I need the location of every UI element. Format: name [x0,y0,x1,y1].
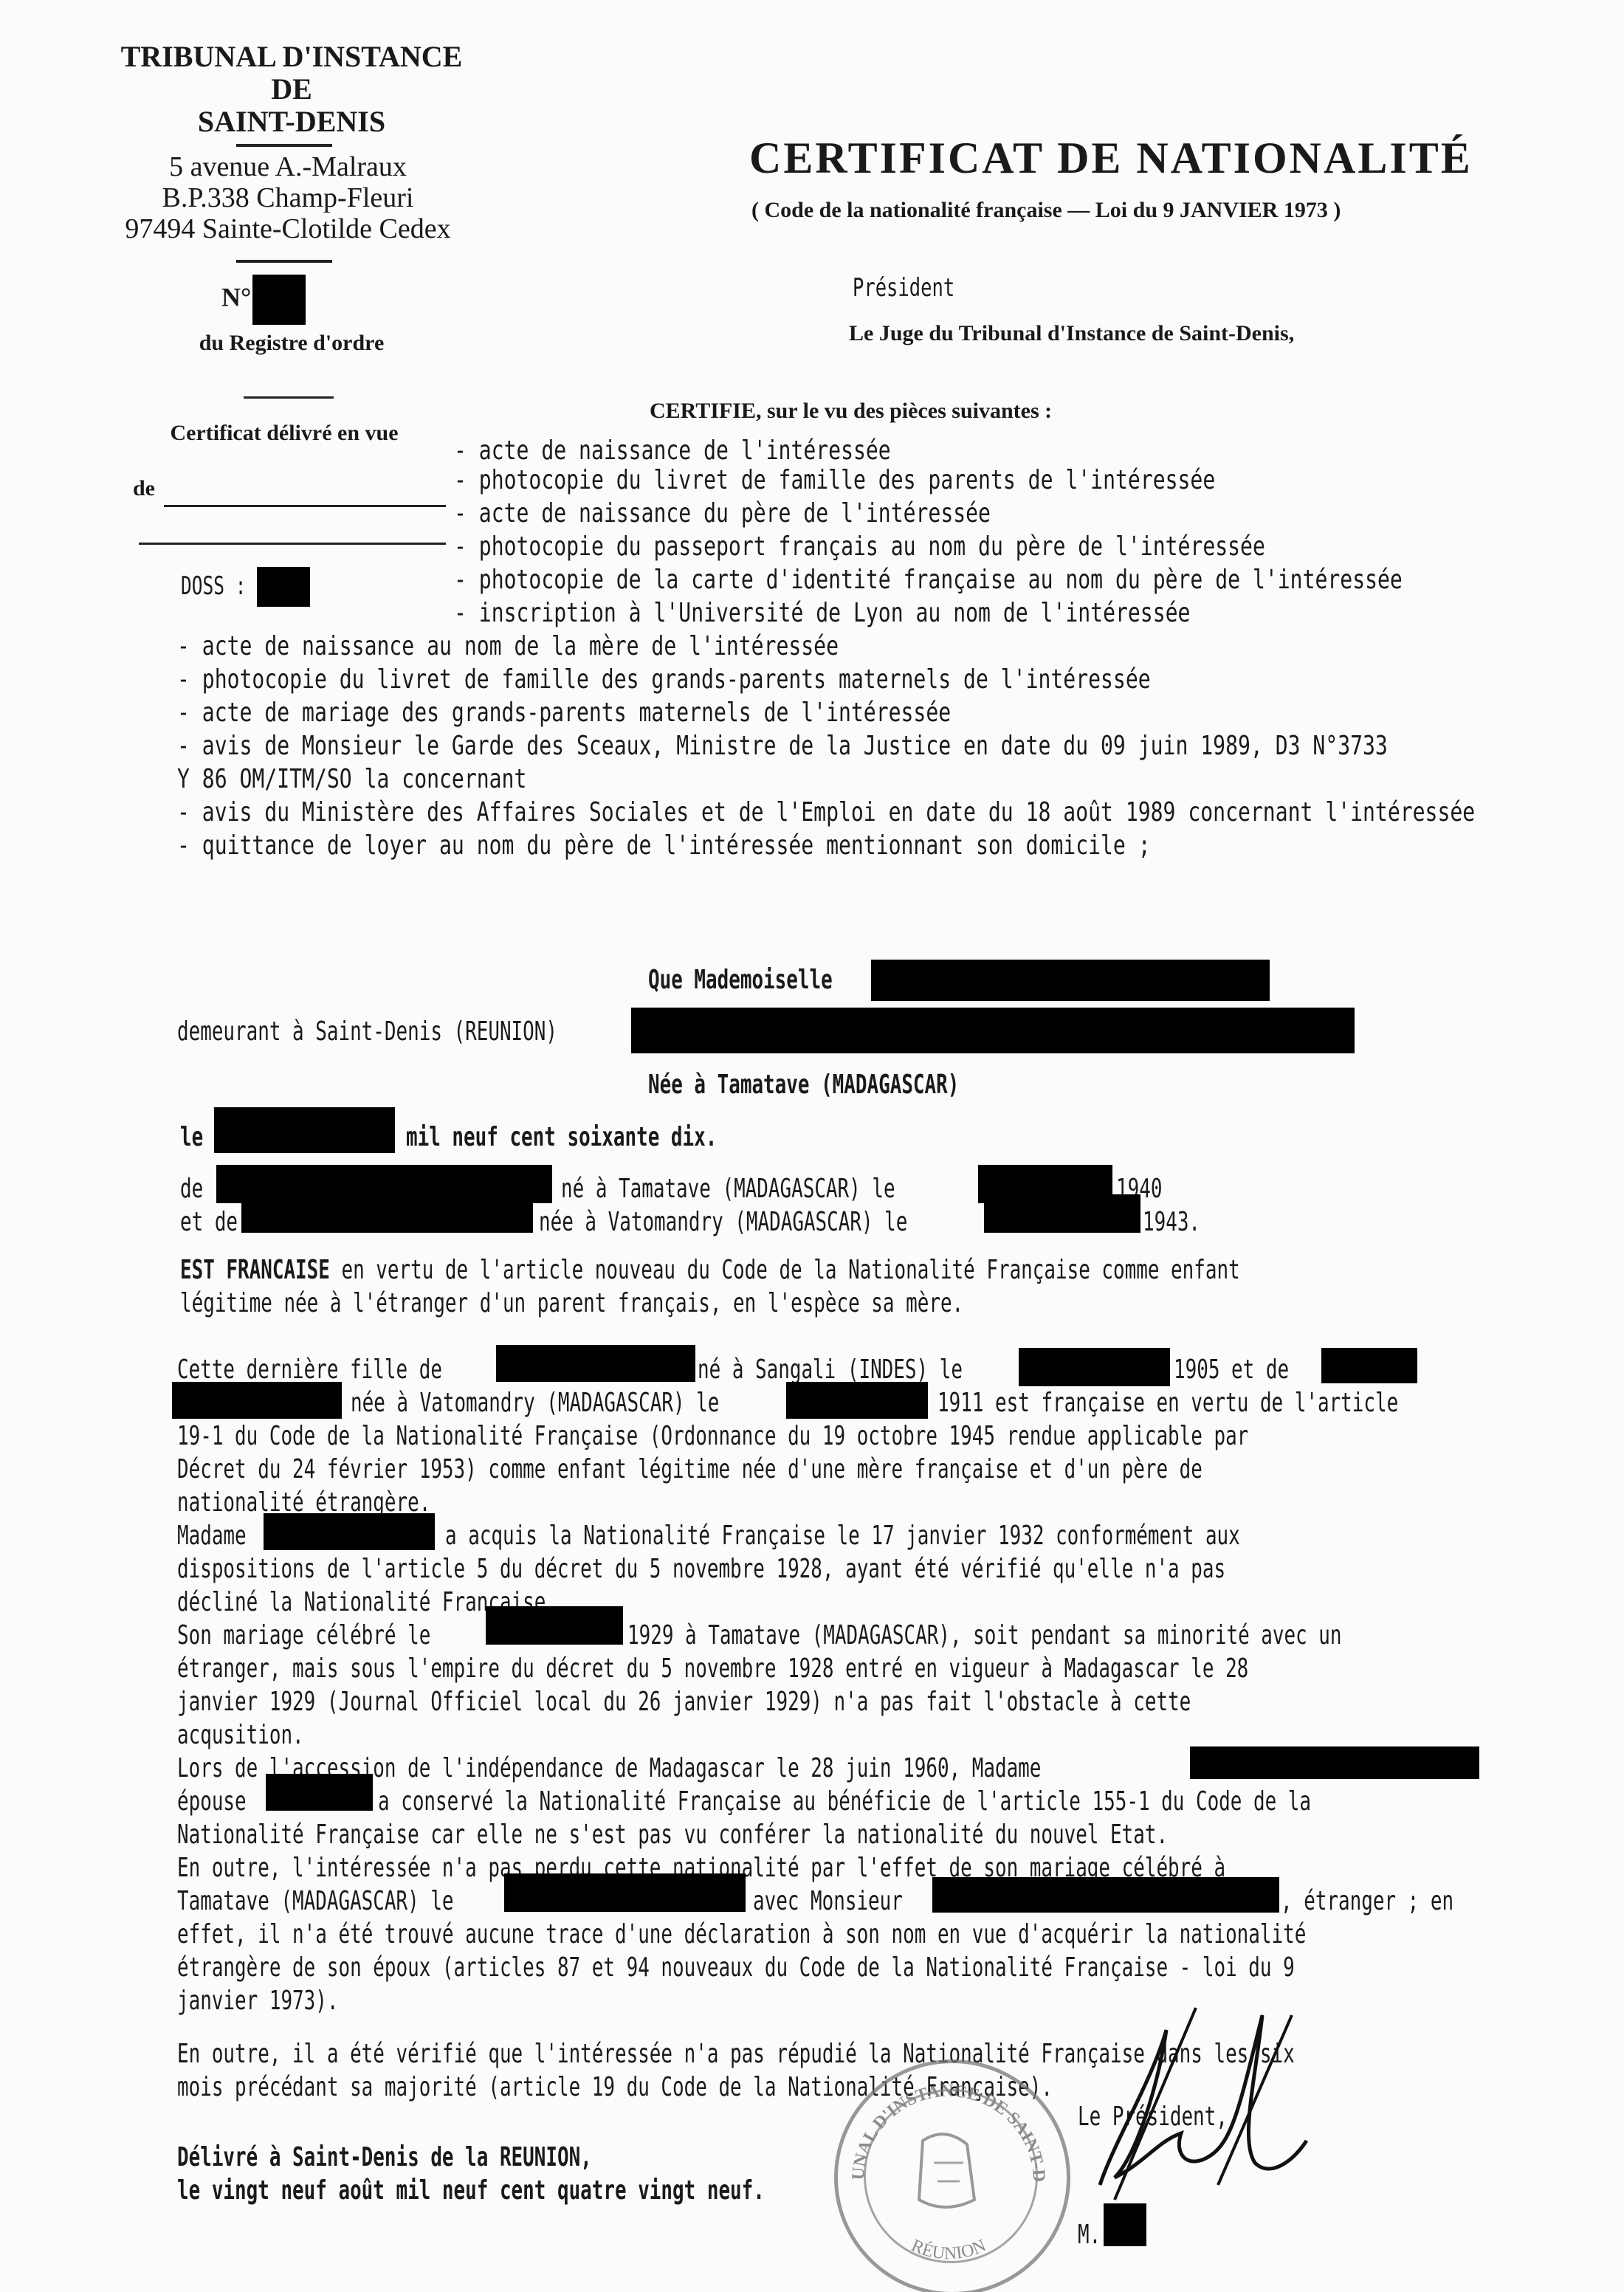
que-mademoiselle-label: Que Mademoiselle [648,963,808,997]
redacted-dossier [257,567,310,607]
father-prefix: de [180,1172,203,1205]
redacted-name [871,960,1270,1001]
redacted-grandmother-name-c [264,1513,435,1550]
register-label: du Registre d'ordre [111,331,472,356]
redacted-grandfather-date [1019,1348,1170,1386]
body-line: Madame [177,1519,247,1552]
body-line: Nationalité Française car elle ne s'est … [177,1818,1168,1851]
register-number: N° [221,275,306,325]
purpose-field: de [133,476,155,501]
document-subtitle: ( Code de la nationalité française — Loi… [751,198,1341,223]
list-item: Y 86 OM/ITM/SO la concernant [177,763,526,796]
redacted-marriage-date [486,1606,623,1645]
redacted-spouse-name [266,1774,373,1811]
redacted-marriage-date-2 [504,1873,746,1912]
redacted-grandmother-name-a [1321,1348,1417,1383]
list-item: - photocopie du livret de famille des pa… [454,464,1215,497]
body-line: épouse [177,1785,247,1818]
delivered-place: Délivré à Saint-Denis de la REUNION, [177,2141,592,2174]
court-line-1: TRIBUNAL D'INSTANCE [111,41,472,73]
residence-label: demeurant à Saint-Denis (REUNION) [177,1015,557,1048]
divider [236,144,332,147]
court-address: 5 avenue A.-Malraux B.P.338 Champ-Fleuri… [96,151,480,244]
body-line: étrangère de son époux (articles 87 et 9… [177,1951,1295,1984]
est-francaise-bold: EST FRANCAISE [180,1255,330,1285]
svg-text:TRIBUNAL D'INSTANCE DE SAINT-D: TRIBUNAL D'INSTANCE DE SAINT-DENIS [834,2059,1048,2183]
court-line-2: DE [111,73,472,106]
certifie-heading: CERTIFIE, sur le vu des pièces suivantes… [650,399,1052,424]
divider [244,396,334,399]
body-line: dispositions de l'article 5 du décret du… [177,1552,1225,1586]
de-label: de [133,476,155,500]
father-birth: né à Tamatave (MADAGASCAR) le [561,1172,895,1205]
redacted-number [252,275,306,325]
body-line: Décret du 24 février 1953) comme enfant … [177,1453,1202,1486]
number-label: N° [221,282,251,312]
body-line: acqusition. [177,1718,304,1752]
body-line: avec Monsieur [753,1885,903,1918]
redacted-madame-name [1190,1746,1479,1779]
redacted-mother-date [984,1194,1140,1233]
list-item: - acte de mariage des grands-parents mat… [177,696,951,729]
body-line: a acquis la Nationalité Française le 17 … [445,1519,1240,1552]
address-line-1: 5 avenue A.-Malraux [96,151,480,182]
body-line: janvier 1973). [177,1984,338,2017]
list-item: - photocopie du passeport français au no… [454,530,1265,563]
body-line: Tamatave (MADAGASCAR) le [177,1885,454,1918]
redacted-grandmother-name-b [172,1382,342,1419]
document-title: CERTIFICAT DE NATIONALITÉ [749,133,1473,184]
issuer-line: Le Juge du Tribunal d'Instance de Saint-… [849,321,1294,346]
address-line-2: B.P.338 Champ-Fleuri [96,182,480,213]
list-item: - acte de naissance de l'intéressée [454,434,891,467]
dossier-field: DOSS : [181,567,310,607]
court-line-3: SAINT-DENIS [111,106,472,138]
list-item: - inscription à l'Université de Lyon au … [454,596,1190,630]
svg-text:RÉUNION: RÉUNION [908,2236,988,2263]
mother-birth: née à Vatomandry (MADAGASCAR) le [539,1205,907,1239]
mother-year: 1943. [1143,1205,1200,1239]
court-name: TRIBUNAL D'INSTANCE DE SAINT-DENIS [111,41,472,138]
issuer-correction: Président [853,273,988,303]
body-line: 1929 à Tamatave (MADAGASCAR), soit penda… [627,1619,1342,1652]
delivered-date: le vingt neuf août mil neuf cent quatre … [177,2174,765,2207]
certificate-purpose-label: Certificat délivré en vue [111,421,458,446]
court-seal-icon: TRIBUNAL D'INSTANCE DE SAINT-DENIS RÉUNI… [834,2059,1070,2292]
purpose-blank-line [164,505,446,507]
redacted-birth-date [214,1107,395,1153]
list-item: - avis de Monsieur le Garde des Sceaux, … [177,729,1388,763]
body-line: 1911 est française en vertu de l'article [937,1386,1398,1419]
body-line: effet, il n'a été trouvé aucune trace d'… [177,1918,1306,1951]
list-item: - acte de naissance au nom de la mère de… [177,630,839,663]
list-item: - photocopie de la carte d'identité fran… [454,563,1403,596]
list-item: - avis du Ministère des Affaires Sociale… [177,796,1475,829]
doss-label: DOSS : [181,571,237,601]
signature-icon [1070,1993,1454,2229]
body-line: étranger, mais sous l'empire du décret d… [177,1652,1248,1685]
divider [236,260,332,263]
body-line: Son mariage célébré le [177,1619,430,1652]
body-line: janvier 1929 (Journal Officiel local du … [177,1685,1191,1718]
list-item: - photocopie du livret de famille des gr… [177,663,1151,696]
body-line: née à Vatomandry (MADAGASCAR) le [351,1386,719,1419]
president-correction: Président [853,273,954,303]
le-label: le [180,1121,203,1154]
birthplace: Née à Tamatave (MADAGASCAR) [648,1068,959,1101]
body-line: 19-1 du Code de la Nationalité Française… [177,1419,1248,1453]
list-item: - quittance de loyer au nom du père de l… [177,829,1151,862]
redacted-husband-name [932,1877,1279,1913]
mother-prefix: et de [180,1205,238,1239]
redacted-grandmother-date [786,1382,928,1419]
redacted-grandfather-name [496,1345,695,1382]
birth-year-words: mil neuf cent soixante dix. [406,1121,717,1154]
purpose-blank-line-2 [139,543,446,545]
redacted-mother-name [241,1194,533,1233]
est-francaise-line1: en vertu de l'article nouveau du Code de… [330,1255,1240,1285]
body-line: a conservé la Nationalité Française au b… [378,1785,1311,1818]
address-line-3: 97494 Sainte-Clotilde Cedex [96,213,480,244]
redacted-address [631,1008,1355,1053]
body-line: 1905 et de [1174,1353,1289,1386]
body-line: , étranger ; en [1281,1885,1453,1918]
list-item: - acte de naissance du père de l'intéres… [454,497,991,530]
est-francaise-line2: légitime née à l'étranger d'un parent fr… [180,1287,963,1320]
